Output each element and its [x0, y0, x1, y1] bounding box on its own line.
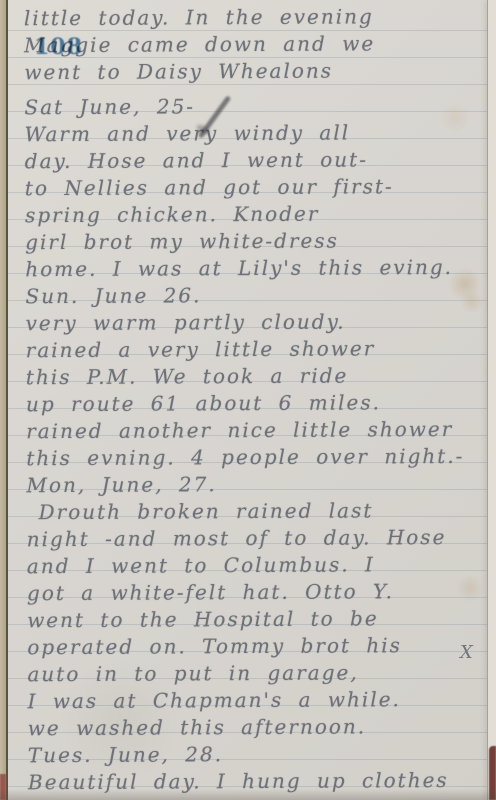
diary-line-date: Tues. June, 28.: [28, 740, 488, 769]
diary-line: this P.M. We took a ride: [26, 362, 486, 391]
diary-line: very warm partly cloudy.: [26, 308, 486, 337]
diary-line: Warm and very windy all: [25, 119, 485, 148]
diary-line: up route 61 about 6 miles.: [26, 389, 486, 418]
diary-line: and I went to Columbus. I: [27, 551, 487, 580]
diary-line: got a white-felt hat. Otto Y.: [27, 578, 487, 607]
diary-text-block: little today. In the evening Maggie came…: [24, 3, 488, 796]
diary-line: this evning. 4 people over night.-: [26, 443, 486, 472]
binding-edge: [0, 0, 8, 800]
diary-line: spring chicken. Knoder: [25, 200, 485, 229]
diary-line: Beautiful day. I hung up clothes: [28, 767, 488, 796]
diary-line: home. I was at Lily's this eving.: [25, 254, 485, 283]
diary-line: Drouth broken rained last: [27, 497, 487, 526]
cover-corner-bottom-left: [0, 774, 6, 800]
pencil-x-mark: X: [460, 642, 473, 663]
diary-line: auto in to put in garage,: [27, 659, 487, 688]
diary-line: went to Daisy Whealons: [24, 57, 484, 86]
diary-line: went to the Hospital to be: [27, 605, 487, 634]
next-page-edge: [487, 0, 496, 800]
diary-line: we washed this afternoon.: [28, 713, 488, 742]
diary-line-date: Mon, June, 27.: [26, 470, 486, 499]
diary-line: operated on. Tommy brot his: [27, 632, 487, 661]
cover-corner-bottom-right: [489, 746, 496, 800]
diary-line: I was at Chapman's a while.: [28, 686, 488, 715]
diary-line: to Nellies and got our first-: [25, 173, 485, 202]
diary-line: day. Hose and I went out-: [25, 146, 485, 175]
diary-line-date: Sun. June 26.: [25, 281, 485, 310]
diary-line: night -and most of to day. Hose: [27, 524, 487, 553]
diary-line: Maggie came down and we: [24, 30, 484, 59]
diary-page-scan: little today. In the evening Maggie came…: [0, 0, 496, 800]
diary-line: girl brot my white-dress: [25, 227, 485, 256]
diary-line: rained another nice little shower: [26, 416, 486, 445]
diary-line-date: Sat June, 25-: [24, 92, 484, 121]
diary-line: rained a very little shower: [26, 335, 486, 364]
diary-line: little today. In the evening: [24, 3, 484, 32]
page-number-stamp: 108: [34, 34, 83, 60]
